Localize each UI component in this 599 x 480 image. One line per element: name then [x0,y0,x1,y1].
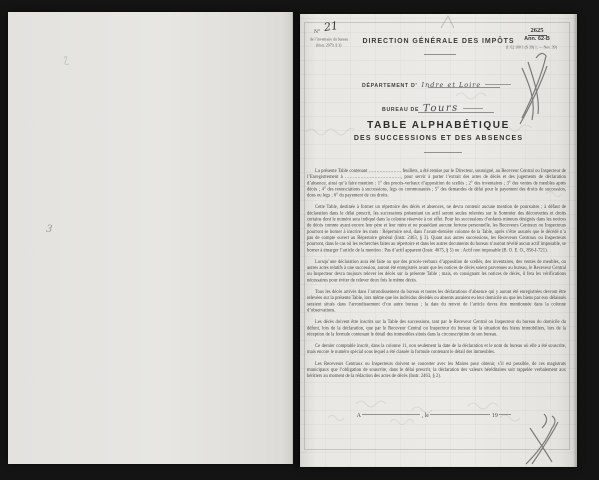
left-blank-page: 3 [8,12,293,464]
bureau-fill-line [463,108,483,109]
document-page: N° 21 de l’inventaire du bureau (Instr. … [300,14,577,467]
paragraph: Lorsqu’une déclaration aura été faite ou… [307,259,566,284]
scanned-book-spread: 3 N° 21 de l’inventaire du bureau (Instr… [0,0,599,480]
bureau-label: BUREAU DE [382,107,419,113]
agency-rule [424,54,456,55]
title-rule [424,152,462,153]
paragraph: Ce dernier comptable inscrit, dans la co… [307,343,566,355]
pencil-scribble-icon [8,12,293,464]
signature-place-line [362,414,420,415]
pencil-mark: 3 [45,224,52,236]
instructions-text: La présente Table contenant ………………… feui… [307,168,566,385]
signature-place-prefix: A [357,413,361,419]
signature-year-prefix: 19 [492,413,498,419]
stamp-annex: Ann. 62-B [510,36,564,42]
paragraph: Les décès doivent être inscrits sur la T… [307,319,566,337]
page-title: TABLE ALPHABÉTIQUE [300,120,577,131]
inventory-no-label: N° [314,29,320,35]
paragraph: Les Receveurs Centraux ou Inspecteurs do… [307,361,566,379]
signature-date-prefix: , le [422,413,429,419]
page-subtitle: DES SUCCESSIONS ET DES ABSENCES [300,135,577,142]
stamp-number: 2625 [510,27,564,34]
paragraph: Tous les décès arrivés dans l’arrondisse… [307,289,566,314]
department-label: DÉPARTEMENT D’ [362,83,418,89]
stamp-ref: (I. 62 100 1 (S 39) 1. — Nov. 39) [506,45,557,50]
signature-date-line-rule [430,414,490,415]
inventory-number-handwritten: 21 [323,19,339,34]
signature-date-line: A , le 19 [300,413,568,419]
paragraph: La présente Table contenant ………………… feui… [307,168,566,199]
department-rule [428,87,500,88]
department-fill-line [485,84,511,85]
signature-year-line [499,414,511,415]
paragraph: Cette Table, destinée à former un répert… [307,204,566,253]
bureau-rule [418,112,494,113]
